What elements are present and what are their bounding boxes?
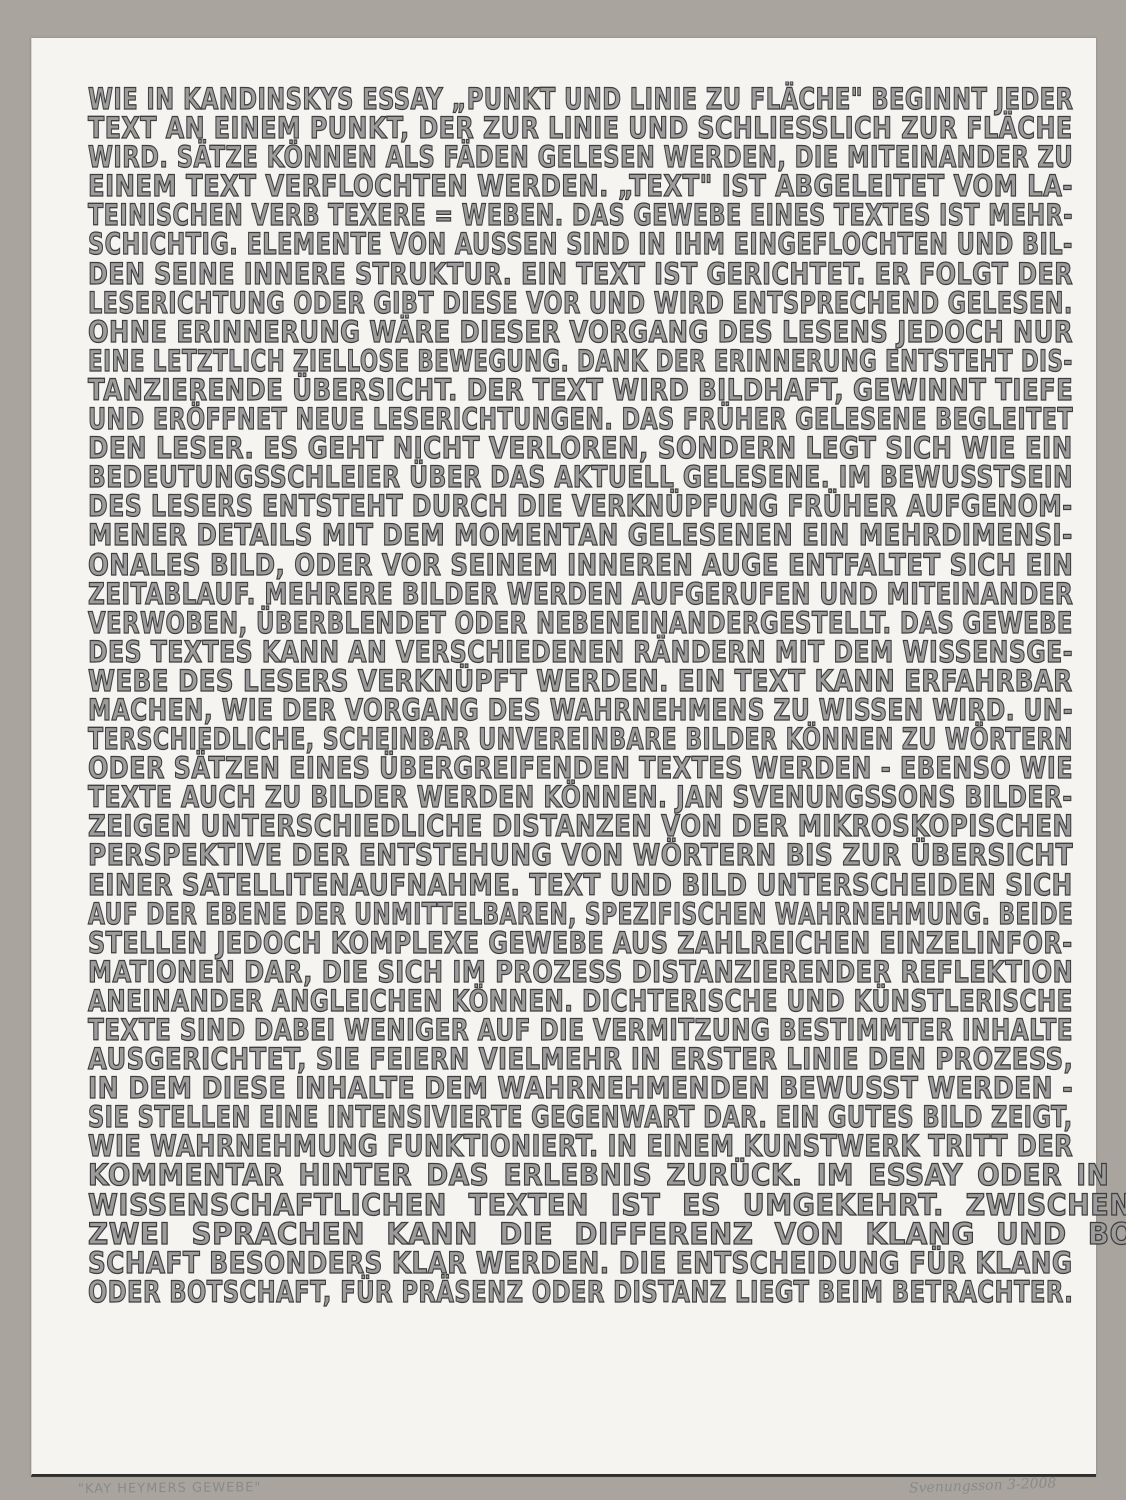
artwork-title-caption: "KAY HEYMERS GEWEBE" — [78, 1480, 262, 1497]
paper-sheet: WIE IN KANDINSKYs ESSAY „PUNKT UND LINIE… — [31, 38, 1096, 1476]
handwritten-text-block: WIE IN KANDINSKYs ESSAY „PUNKT UND LINIE… — [88, 86, 1073, 1308]
artist-signature: Svenungsson 3-2008 — [908, 1475, 1056, 1496]
text-line: ODER BOTSCHAFT, FÜR PRÄSENZ ODER DISTANZ… — [88, 1277, 965, 1310]
